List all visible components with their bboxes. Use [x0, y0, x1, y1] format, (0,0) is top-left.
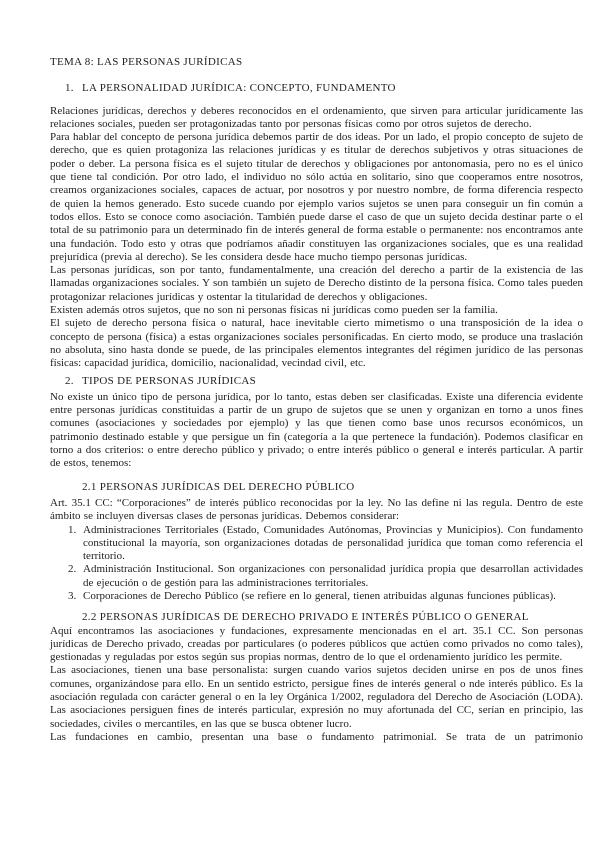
list-item-number: 2.	[68, 563, 83, 590]
list-item-administraciones-territoriales: 1. Administraciones Territoriales (Estad…	[50, 524, 583, 564]
section-2-title: TIPOS DE PERSONAS JURÍDICAS	[82, 375, 256, 387]
list-item-corporaciones-derecho-publico: 3. Corporaciones de Derecho Público (se …	[50, 590, 583, 603]
section-2-1-heading: 2.1 PERSONAS JURÍDICAS DEL DERECHO PÚBLI…	[82, 481, 583, 494]
public-law-list: 1. Administraciones Territoriales (Estad…	[50, 524, 583, 604]
section-1-heading: 1.LA PERSONALIDAD JURÍDICA: CONCEPTO, FU…	[50, 82, 583, 95]
list-item-text: Corporaciones de Derecho Público (se ref…	[83, 590, 583, 603]
list-item-text: Administración Institucional. Son organi…	[83, 563, 583, 590]
list-item-text: Administraciones Territoriales (Estado, …	[83, 524, 583, 564]
paragraph-asociaciones-base: Las asociaciones, tienen una base person…	[50, 664, 583, 730]
paragraph-asociaciones-fundaciones: Aquí encontramos las asociaciones y fund…	[50, 625, 583, 665]
section-2-number: 2.	[65, 375, 82, 388]
list-item-number: 1.	[68, 524, 83, 564]
paragraph-intro: Relaciones jurídicas, derechos y deberes…	[50, 105, 583, 132]
paragraph-otros-sujetos: Existen además otros sujetos, que no son…	[50, 304, 583, 317]
paragraph-creacion-derecho: Las personas jurídicas, son por tanto, f…	[50, 264, 583, 304]
document-title: TEMA 8: LAS PERSONAS JURÍDICAS	[50, 56, 583, 69]
section-1-title: LA PERSONALIDAD JURÍDICA: CONCEPTO, FUND…	[82, 82, 396, 94]
list-item-number: 3.	[68, 590, 83, 603]
document-page: TEMA 8: LAS PERSONAS JURÍDICAS 1.LA PERS…	[0, 0, 599, 848]
list-item-administracion-institucional: 2. Administración Institucional. Son org…	[50, 563, 583, 590]
paragraph-art-35-1: Art. 35.1 CC: “Corporaciones” de interés…	[50, 497, 583, 524]
section-1-number: 1.	[65, 82, 82, 95]
paragraph-concepto: Para hablar del concepto de persona jurí…	[50, 131, 583, 264]
paragraph-mimetismo: El sujeto de derecho persona física o na…	[50, 317, 583, 370]
paragraph-fundaciones: Las fundaciones en cambio, presentan una…	[50, 731, 583, 744]
section-2-heading: 2.TIPOS DE PERSONAS JURÍDICAS	[50, 375, 583, 388]
section-2-2-heading: 2.2 PERSONAS JURÍDICAS DE DERECHO PRIVAD…	[82, 611, 583, 624]
paragraph-tipos-intro: No existe un único tipo de persona juríd…	[50, 391, 583, 471]
